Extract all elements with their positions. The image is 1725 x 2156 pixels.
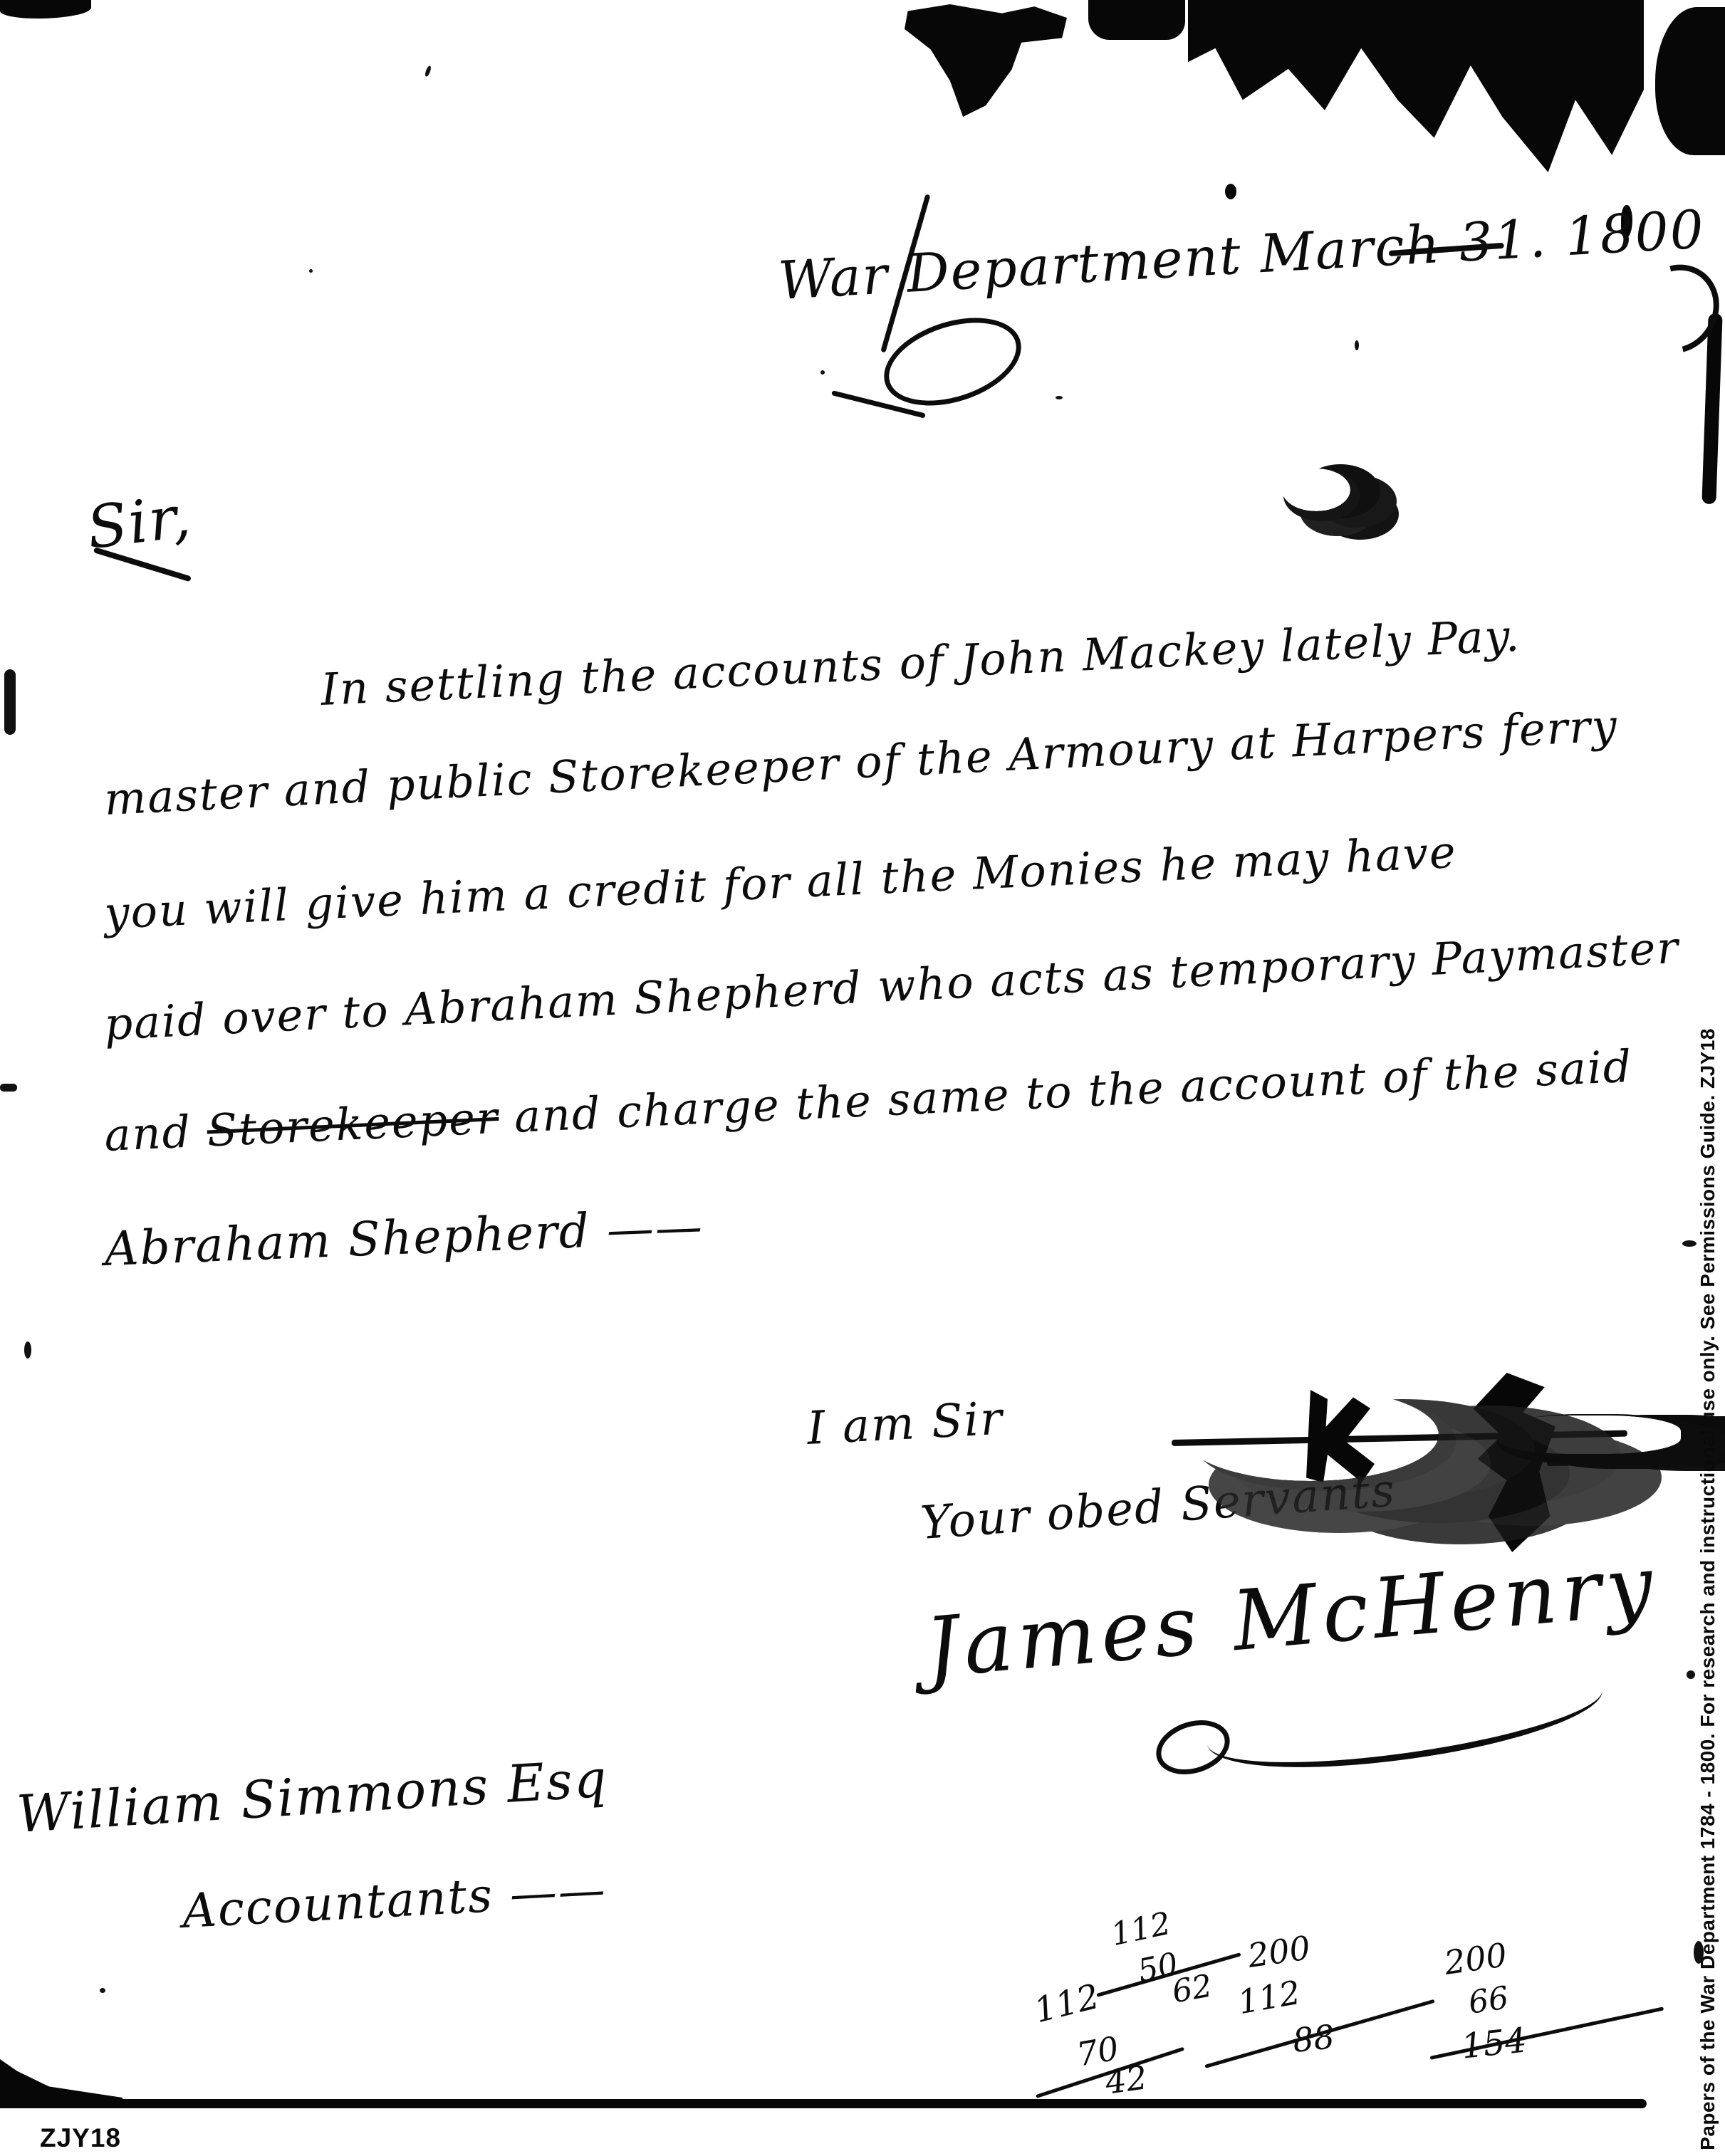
scanned-letter-page: War Department March 31. 1800 Sir, In se… xyxy=(0,0,1725,2156)
body-line: you will give him a credit for all the M… xyxy=(103,830,1458,936)
dateline: War Department March 31. 1800 xyxy=(777,203,1706,308)
calc-number: 88 xyxy=(1291,2020,1336,2057)
scan-speck xyxy=(820,370,825,375)
edge-mark xyxy=(4,669,16,735)
edge-mark xyxy=(24,1341,31,1359)
ink-drop xyxy=(1225,184,1236,199)
calc-number: 154 xyxy=(1460,2023,1528,2063)
ink-blot xyxy=(905,4,1067,117)
flourish-loop xyxy=(873,302,1033,422)
body-line-segment: and charge the same to the account of th… xyxy=(498,1040,1634,1144)
closing-line: I am Sir xyxy=(806,1396,1005,1452)
archive-sidebar-text: Papers of the War Department 1784 - 1800… xyxy=(1697,1028,1719,2150)
edge-mark xyxy=(0,1084,17,1092)
ink-smear xyxy=(1447,1373,1555,1552)
body-line: Abraham Shepherd —— xyxy=(103,1203,704,1273)
ink-blot xyxy=(1088,0,1185,40)
ink-smear xyxy=(1496,1415,1681,1454)
body-line-segment: and xyxy=(103,1105,208,1161)
scan-speck xyxy=(424,65,432,77)
ink-blot xyxy=(1188,0,1644,172)
calc-number: 42 xyxy=(1103,2061,1149,2099)
body-line: master and public Storekeeper of the Arm… xyxy=(103,703,1619,822)
salutation: Sir, xyxy=(84,488,195,558)
edge-mark xyxy=(1687,1670,1695,1679)
edge-mark xyxy=(1679,1462,1697,1469)
calc-number: 112 xyxy=(1108,1908,1173,1952)
calc-number: 66 xyxy=(1466,1982,1511,2019)
scan-edge-line xyxy=(0,2099,1647,2108)
ink-smear xyxy=(1182,1388,1439,1481)
calc-number: 200 xyxy=(1442,1938,1508,1979)
scan-speck xyxy=(1056,396,1063,399)
struck-word: Storekeeper xyxy=(206,1092,500,1157)
calc-number: 112 xyxy=(1031,1979,1103,2029)
body-line: and Storekeeper and charge the same to t… xyxy=(103,1045,1633,1158)
calc-number: 200 xyxy=(1246,1931,1312,1972)
scan-speck xyxy=(100,1988,105,1993)
scan-speck xyxy=(1355,340,1359,350)
body-line: paid over to Abraham Shepherd who acts a… xyxy=(103,926,1680,1047)
calc-number: 62 xyxy=(1170,1970,1215,2008)
archive-stamp: ZJY18 xyxy=(40,2123,121,2153)
edge-mark xyxy=(1682,1240,1697,1247)
scan-artifact xyxy=(1688,33,1704,127)
ink-blot xyxy=(0,0,91,19)
scan-speck xyxy=(309,269,313,273)
scan-artifact xyxy=(0,2059,123,2102)
addressee-name: William Simmons Esq xyxy=(16,1752,610,1840)
ink-smear xyxy=(1547,1459,1682,1466)
body-line: In settling the accounts of John Mackey … xyxy=(320,614,1521,712)
ink-smudge xyxy=(1282,469,1350,511)
calc-number: 112 xyxy=(1236,1976,1303,2019)
addressee-title: Accountants —— xyxy=(182,1866,608,1935)
scan-artifact xyxy=(1701,313,1722,505)
